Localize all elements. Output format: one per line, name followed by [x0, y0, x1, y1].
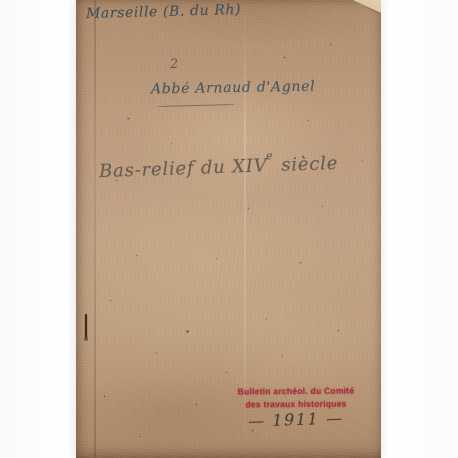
handwritten-copy-number: 2 — [169, 57, 178, 73]
title-superscript: e — [266, 149, 274, 162]
handwritten-location-annotation: Marseille (B. du Rh) — [86, 2, 241, 22]
library-stamp: Bulletin archéol. du Comité des travaux … — [226, 384, 366, 410]
binding-stitch — [85, 314, 87, 338]
photo-background: Marseille (B. du Rh) 2 Abbé Arnaud d'Agn… — [0, 0, 458, 458]
stamp-line-1: Bulletin archéol. du Comité — [226, 384, 366, 398]
title-main-text: Bas-relief du XIV — [99, 155, 268, 182]
author-underline — [157, 104, 235, 107]
spine-crease — [94, 0, 96, 458]
handwritten-title: Bas-relief du XIVe siècle — [99, 152, 339, 182]
handwritten-year: — 1911 — — [248, 408, 344, 430]
stamp-line-2: des travaux historiques — [226, 397, 366, 411]
title-tail-text: siècle — [274, 153, 338, 176]
booklet-cover: Marseille (B. du Rh) 2 Abbé Arnaud d'Agn… — [76, 0, 381, 458]
handwritten-author-name: Abbé Arnaud d'Agnel — [151, 79, 316, 98]
paper-speckles — [76, 0, 77, 1]
